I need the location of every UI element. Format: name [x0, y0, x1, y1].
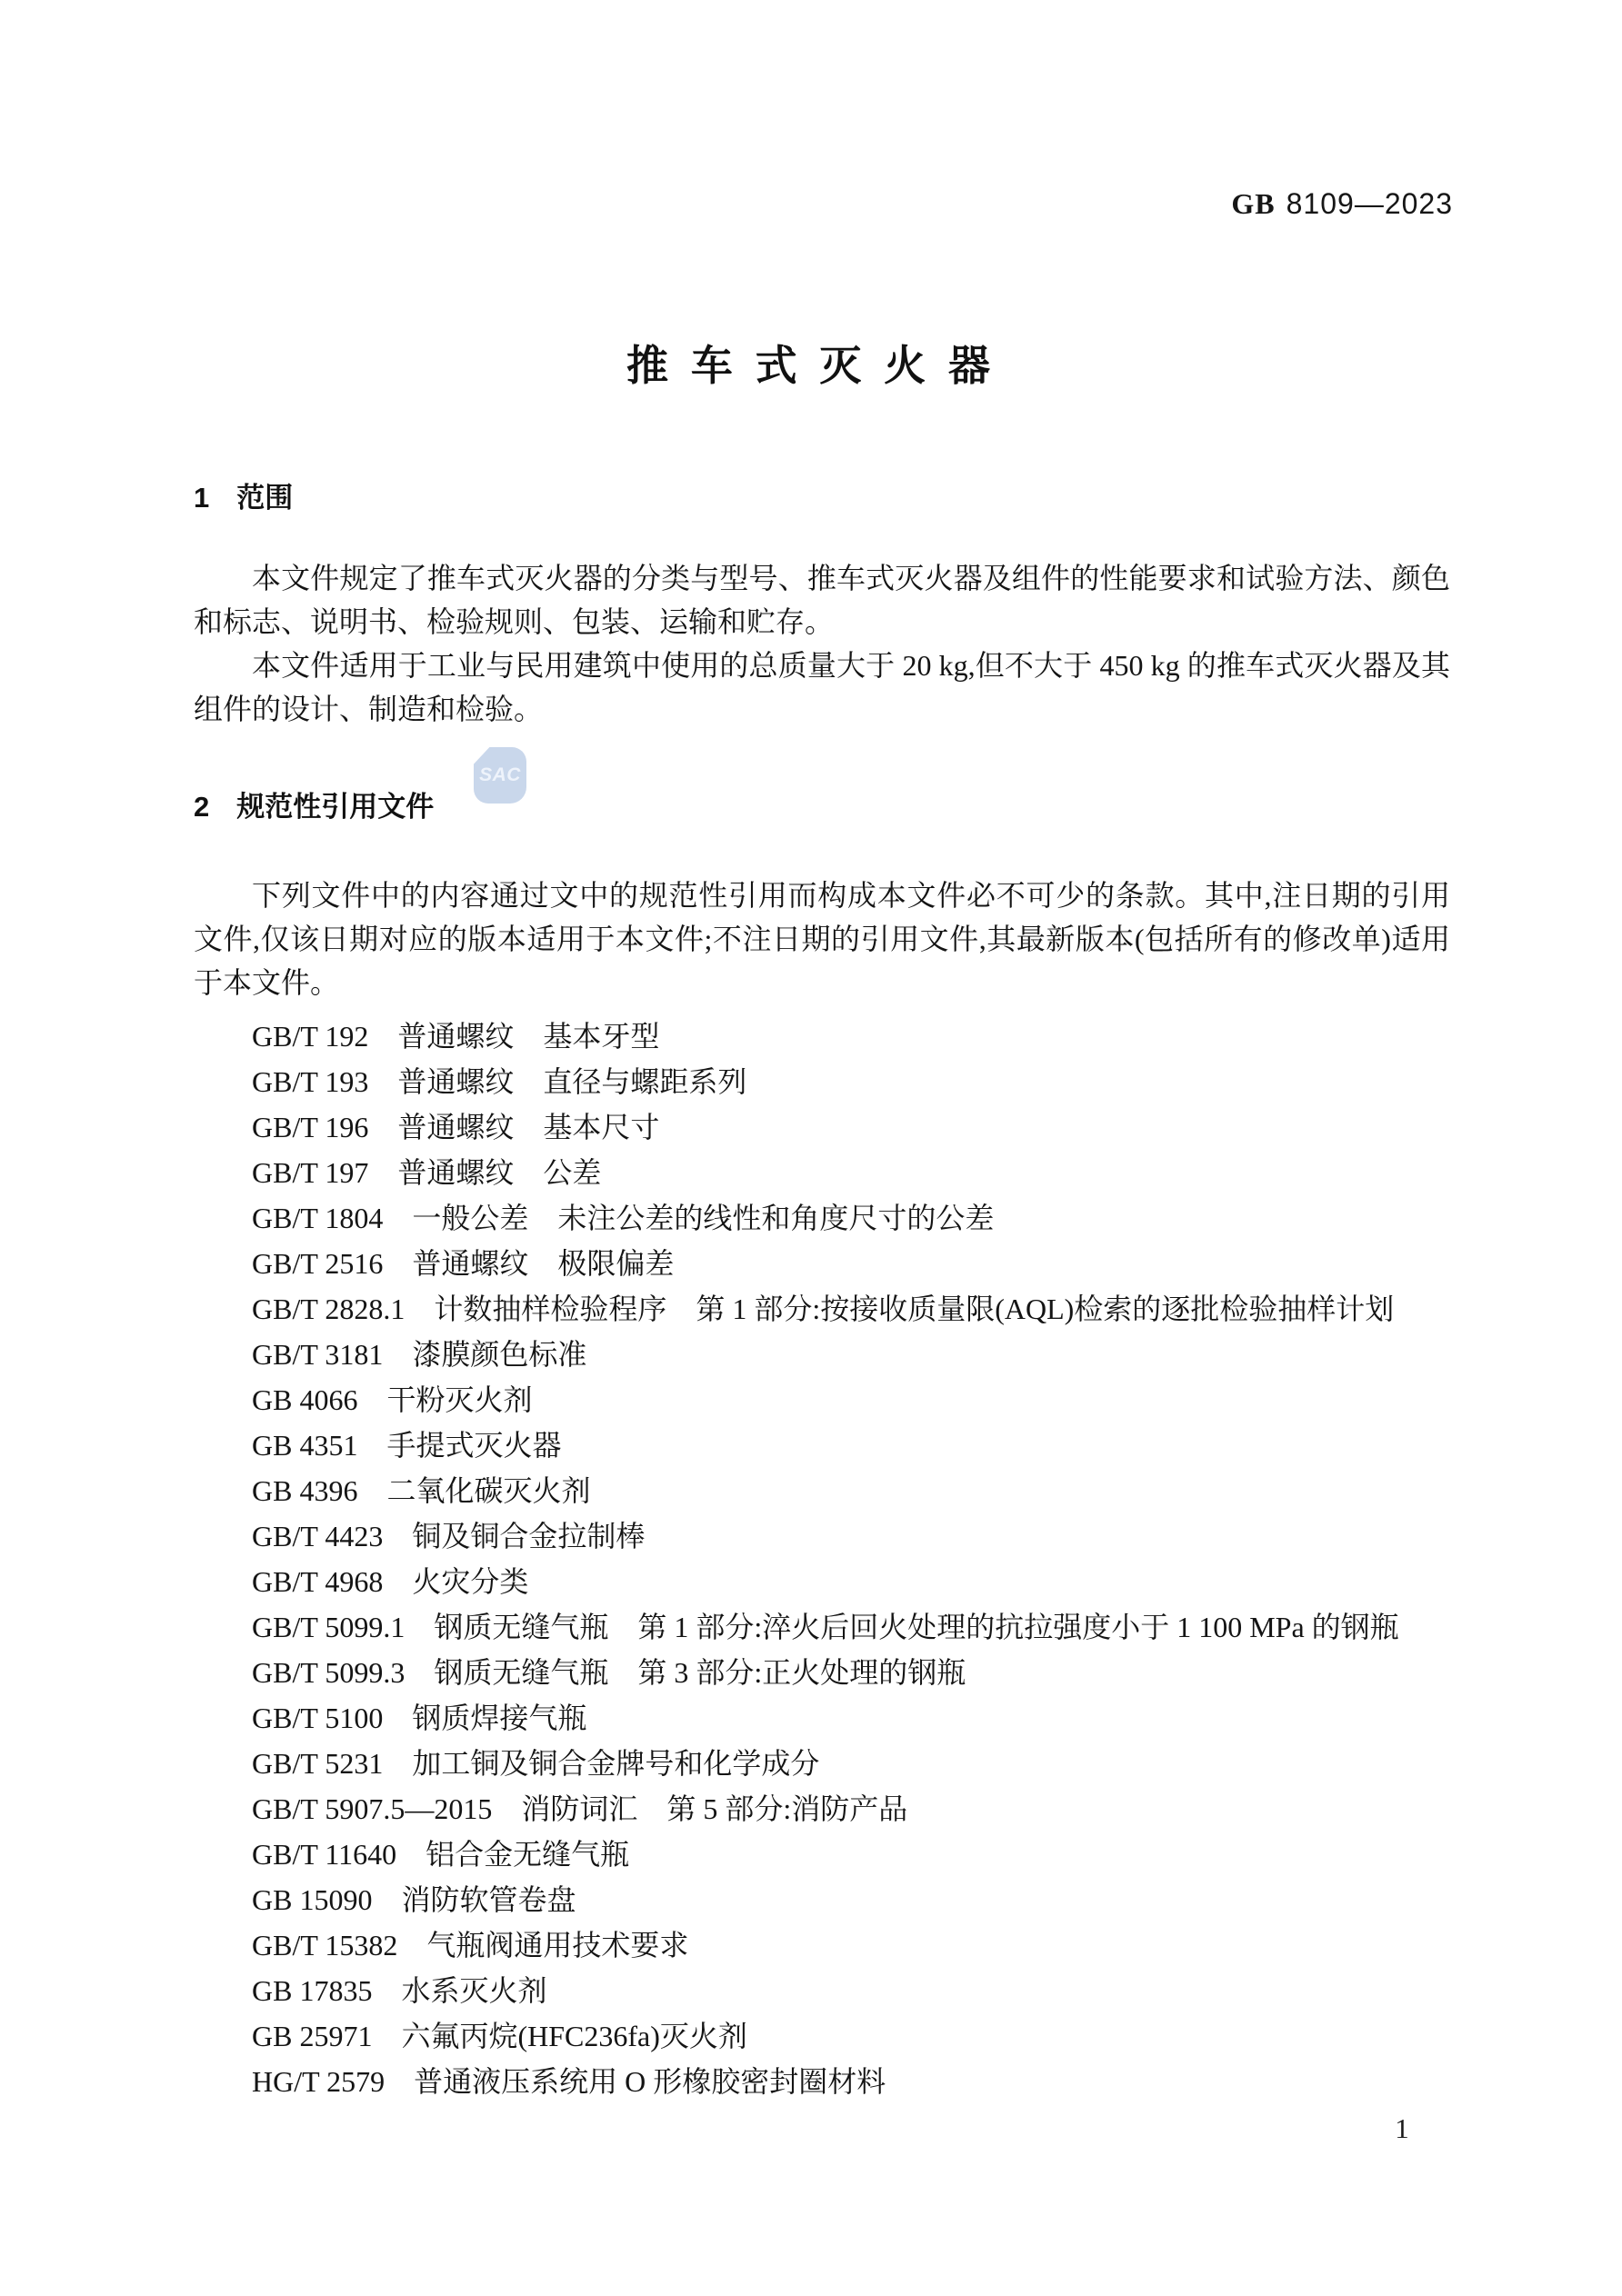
reference-item: GB/T 5099.3 钢质无缝气瓶 第 3 部分:正火处理的钢瓶	[194, 1650, 1521, 1695]
reference-item: HG/T 2579 普通液压系统用 O 形橡胶密封圈材料	[194, 2059, 1521, 2104]
section-1-heading: 1范围	[194, 474, 293, 515]
reference-item: GB/T 5100 钢质焊接气瓶	[194, 1695, 1521, 1741]
reference-item: GB 17835 水系灭火剂	[194, 1968, 1521, 2013]
section-1-label: 范围	[236, 482, 293, 514]
reference-item: GB 4351 手提式灭火器	[194, 1423, 1521, 1468]
section-2-label: 规范性引用文件	[236, 791, 434, 823]
doc-code-prefix: GB	[1231, 187, 1275, 220]
scope-paragraph-2: 本文件适用于工业与民用建筑中使用的总质量大于 20 kg,但不大于 450 kg…	[194, 644, 1450, 731]
reference-item: GB 4066 干粉灭火剂	[194, 1377, 1521, 1423]
scope-paragraph-1: 本文件规定了推车式灭火器的分类与型号、推车式灭火器及组件的性能要求和试验方法、颜…	[194, 556, 1450, 644]
doc-code-number: 8109—2023	[1287, 187, 1453, 220]
sac-watermark-logo: SAC	[474, 747, 526, 804]
reference-item: GB/T 1804 一般公差 未注公差的线性和角度尺寸的公差	[194, 1195, 1521, 1241]
section-1-number: 1	[194, 482, 209, 514]
reference-item: GB/T 5231 加工铜及铜合金牌号和化学成分	[194, 1741, 1521, 1786]
doc-code: GB8109—2023	[1231, 187, 1453, 221]
reference-item: GB/T 5099.1 钢质无缝气瓶 第 1 部分:淬火后回火处理的抗拉强度小于…	[194, 1604, 1521, 1650]
normative-references-list: GB/T 192 普通螺纹 基本牙型 GB/T 193 普通螺纹 直径与螺距系列…	[194, 1013, 1521, 2104]
reference-item: GB/T 193 普通螺纹 直径与螺距系列	[194, 1059, 1521, 1104]
reference-item: GB 4396 二氧化碳灭火剂	[194, 1468, 1521, 1513]
reference-item: GB/T 196 普通螺纹 基本尺寸	[194, 1104, 1521, 1150]
reference-item: GB/T 11640 铝合金无缝气瓶	[194, 1832, 1521, 1877]
reference-item: GB/T 192 普通螺纹 基本牙型	[194, 1013, 1521, 1059]
reference-item: GB/T 2516 普通螺纹 极限偏差	[194, 1241, 1521, 1286]
reference-item: GB/T 3181 漆膜颜色标准	[194, 1332, 1521, 1377]
reference-item: GB/T 2828.1 计数抽样检验程序 第 1 部分:按接收质量限(AQL)检…	[194, 1286, 1521, 1332]
reference-item: GB 15090 消防软管卷盘	[194, 1877, 1521, 1922]
page-number: 1	[1384, 2112, 1420, 2145]
sac-watermark-label: SAC	[479, 764, 521, 786]
reference-item: GB/T 4968 火灾分类	[194, 1559, 1521, 1604]
reference-item: GB/T 5907.5—2015 消防词汇 第 5 部分:消防产品	[194, 1786, 1521, 1832]
references-intro-paragraph: 下列文件中的内容通过文中的规范性引用而构成本文件必不可少的条款。其中,注日期的引…	[194, 873, 1450, 1004]
reference-item: GB 25971 六氟丙烷(HFC236fa)灭火剂	[194, 2013, 1521, 2059]
reference-item: GB/T 15382 气瓶阀通用技术要求	[194, 1922, 1521, 1968]
reference-item: GB/T 197 普通螺纹 公差	[194, 1150, 1521, 1195]
standard-document-page: GB8109—2023 推 车 式 灭 火 器 1范围 本文件规定了推车式灭火器…	[0, 0, 1622, 2296]
document-title: 推 车 式 灭 火 器	[0, 333, 1622, 393]
section-2-heading: 2规范性引用文件	[194, 784, 434, 824]
section-2-number: 2	[194, 791, 209, 823]
reference-item: GB/T 4423 铜及铜合金拉制棒	[194, 1513, 1521, 1559]
